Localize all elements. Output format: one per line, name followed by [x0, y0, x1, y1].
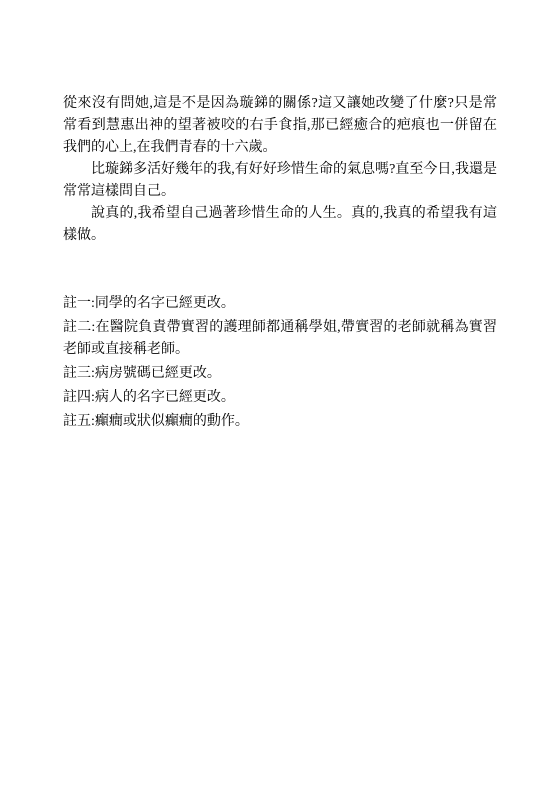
footnote-4: 註四:病人的名字已經更改。 [63, 387, 497, 409]
footnote-5: 註五:癲癇或狀似癲癇的動作。 [63, 411, 497, 433]
footnote-3: 註三:病房號碼已經更改。 [63, 363, 497, 385]
footnotes-section: 註一:同學的名字已經更改。 註二:在醫院負責帶實習的護理師都通稱學姐,帶實習的老… [63, 293, 497, 433]
body-paragraph-2: 比璇銻多活好幾年的我,有好好珍惜生命的氣息嗎?直至今日,我還是常常這樣問自己。 [63, 159, 497, 203]
footnote-2: 註二:在醫院負責帶實習的護理師都通稱學姐,帶實習的老師就稱為實習老師或直接稱老師… [63, 317, 497, 361]
document-page: 從來沒有問她,這是不是因為璇銻的關係?這又讓她改變了什麼?只是常常看到慧惠出神的… [0, 0, 559, 794]
body-paragraph-1: 從來沒有問她,這是不是因為璇銻的關係?這又讓她改變了什麼?只是常常看到慧惠出神的… [63, 93, 497, 159]
document-content: 從來沒有問她,這是不是因為璇銻的關係?這又讓她改變了什麼?只是常常看到慧惠出神的… [63, 93, 497, 435]
footnote-1: 註一:同學的名字已經更改。 [63, 293, 497, 315]
body-paragraph-3: 說真的,我希望自己過著珍惜生命的人生。真的,我真的希望我有這樣做。 [63, 203, 497, 247]
